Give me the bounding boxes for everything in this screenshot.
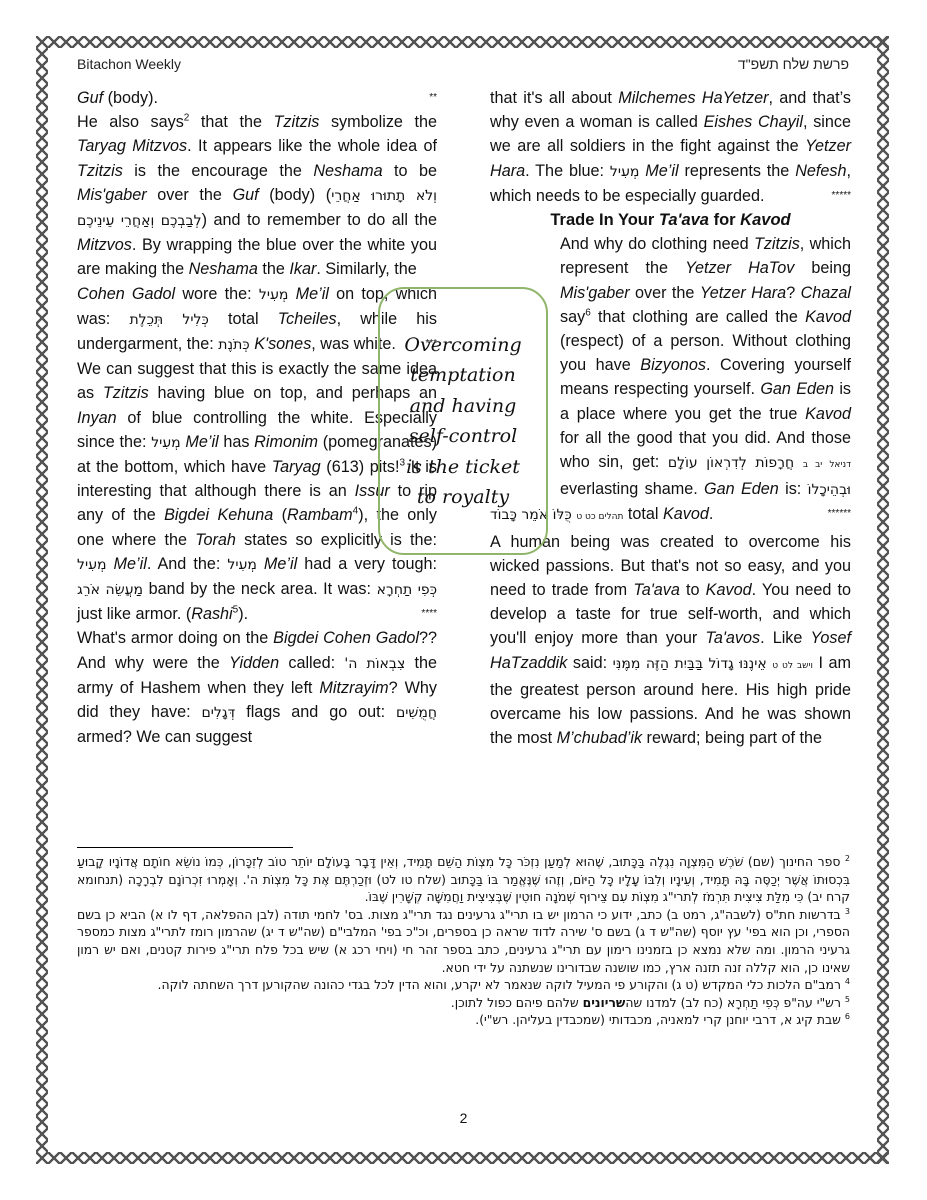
hebrew-quote: אֵינֶנּוּ גָדוֹל בַּבַּיִת הַזֶּה מִמֶּנ… (613, 656, 767, 672)
hebrew-quote: מְעִיל (259, 287, 289, 303)
text: total (623, 505, 663, 523)
hebrew-quote: מְעִיל (77, 557, 107, 573)
italic-term: Cohen Gadol (77, 285, 175, 303)
italic-term: Guf (77, 89, 103, 107)
text: . Like (760, 629, 810, 647)
text: say (560, 308, 585, 326)
text: called: (279, 654, 344, 672)
italic-term: Torah (195, 531, 236, 549)
text: He also says (77, 113, 184, 131)
paragraph: A human being was created to overcome hi… (490, 530, 851, 751)
text: ) and to remember to do all the (202, 211, 437, 229)
italic-term: K'sones (250, 335, 312, 353)
header-publication-title: Bitachon Weekly (77, 56, 181, 72)
text: ? (786, 284, 800, 302)
hebrew-quote: כְּפִי תַחְרָא (377, 582, 437, 598)
text: . (709, 505, 714, 523)
italic-term: Gan Eden (704, 480, 779, 498)
italic-term: Tzitzis (103, 384, 149, 402)
footnote-text: בדרשות חת"ס (לשבה"ג, רמט ב) כתב, ידוע כי… (77, 907, 850, 975)
italic-term: Rimonim (254, 433, 318, 451)
text: . And the: (147, 555, 228, 573)
text: has (219, 433, 255, 451)
page-number: 2 (0, 1110, 927, 1126)
italic-term: Kavod (663, 505, 709, 523)
footnote-2: 2 ספר החינוך (שם) שֹׁרֶשׁ הַמִּצְוָה נִג… (77, 853, 850, 906)
italic-term: Tzitzis (77, 162, 123, 180)
section-stars: ** (429, 86, 437, 110)
text: flags and go out: (235, 703, 396, 721)
callout-line: Overcoming (404, 330, 521, 361)
text: wore the: (175, 285, 259, 303)
section-stars: **** (421, 602, 437, 626)
text: . It appears like the whole idea of (187, 137, 437, 155)
text: that the (189, 113, 273, 131)
italic-term: Kavod (805, 405, 851, 423)
text: total (209, 310, 278, 328)
text: armed? We can suggest (77, 728, 252, 746)
border-right (877, 36, 889, 1164)
text: being (794, 259, 851, 277)
footnote-number: 5 (845, 995, 850, 1004)
text: to be (383, 162, 437, 180)
text: everlasting shame. (560, 480, 704, 498)
footnote-text: ספר החינוך (שם) שֹׁרֶשׁ הַמִּצְוָה נִגְל… (77, 854, 850, 904)
italic-term: Mitzvos (77, 236, 132, 254)
callout-line: self-control (404, 421, 521, 452)
hebrew-quote: צִבְאוֹת ה' (344, 656, 405, 672)
italic-term: Neshama (189, 260, 258, 278)
border-bottom (36, 1152, 889, 1164)
italic-term: Bizyonos (640, 356, 706, 374)
callout-line: to royalty (404, 482, 521, 513)
italic-term: Kavod (805, 308, 851, 326)
text: the (258, 260, 290, 278)
italic-term: Taryag (272, 458, 321, 476)
text: And why do clothing need (560, 235, 754, 253)
paragraph: that it's all about Milchemes HaYetzer, … (490, 86, 851, 208)
section-heading: Trade In Your Ta'ava for Kavod (490, 208, 851, 232)
heading-italic: Ta'ava (659, 211, 709, 229)
border-left (36, 36, 48, 1164)
callout-text: Overcoming temptation and having self-co… (404, 330, 521, 513)
italic-term: Yetzer Hara (700, 284, 786, 302)
footnote-4: 4 רמב"ם הלכות כלי המקדש (ט ג) והקורע פי … (77, 976, 850, 994)
italic-term: Mis'gaber (77, 186, 147, 204)
italic-term: Chazal (801, 284, 851, 302)
italic-term: Me’il (181, 433, 219, 451)
footnote-text: רמב"ם הלכות כלי המקדש (ט ג) והקורע פי המ… (158, 977, 841, 992)
italic-term: Milchemes HaYetzer (618, 89, 768, 107)
italic-term: Bigdei Kehuna (164, 506, 273, 524)
italic-term: Gan Eden (760, 380, 834, 398)
footnote-6: 6 שבת קיג א, דרבי יוחנן קרי למאניה, מכבד… (77, 1011, 850, 1029)
callout-line: and having (404, 391, 521, 422)
footnote-text: שלהם פיהם כפול לתוכן. (451, 995, 583, 1010)
hebrew-quote: חֲרָפוֹת לְדִרְאוֹן עוֹלָם (668, 455, 794, 471)
text: just like armor. ( (77, 605, 191, 623)
footnote-number: 6 (845, 1012, 850, 1021)
paragraph: Guf (body). ** (77, 86, 437, 110)
footnote-number: 4 (845, 977, 850, 986)
hebrew-quote: מַעֲשֵׂה אֹרֵג (77, 582, 143, 598)
text: that it's all about (490, 89, 618, 107)
text: symbolize the (319, 113, 437, 131)
hebrew-quote: דְּגָלִים (202, 705, 236, 721)
heading-text: Trade In Your (550, 211, 659, 229)
footnote-bold-word: שריונים (583, 995, 626, 1010)
text: ). (238, 605, 248, 623)
italic-term: Tzitzis (754, 235, 800, 253)
hebrew-quote: כְּלִיל תְּכֵלֶת (129, 312, 208, 328)
text: said: (567, 654, 612, 672)
footnotes: 2 ספר החינוך (שם) שֹׁרֶשׁ הַמִּצְוָה נִג… (77, 853, 850, 1029)
italic-term: M’chubad’ik (557, 729, 642, 747)
text: band by the neck area. It was: (143, 580, 377, 598)
text: What's armor doing on the (77, 629, 273, 647)
hebrew-quote: מְעִיל (610, 164, 640, 180)
border-top (36, 36, 889, 48)
footnote-5: 5 רש"י עה"פ כְּפִי תַחְרָא (כח לב) למדנו… (77, 994, 850, 1012)
italic-term: Rashi (191, 605, 232, 623)
header-parsha-date: פרשת שלח תשפ"ד (738, 56, 849, 72)
footnote-3: 3 בדרשות חת"ס (לשבה"ג, רמט ב) כתב, ידוע … (77, 906, 850, 976)
text: (body). (103, 89, 158, 107)
source-citation: וישב לט ט (772, 661, 813, 671)
hebrew-quote: מְעִיל (227, 557, 257, 573)
italic-term: Guf (233, 186, 259, 204)
text: (body) ( (259, 186, 332, 204)
italic-term: Neshama (313, 162, 382, 180)
pull-quote-callout: Overcoming temptation and having self-co… (378, 287, 548, 555)
italic-term: Me’il (107, 555, 147, 573)
text: to (680, 581, 706, 599)
italic-term: Mitzrayim (319, 679, 388, 697)
text: ( (273, 506, 287, 524)
callout-line: is the ticket (404, 452, 521, 483)
italic-term: Mis'gaber (560, 284, 630, 302)
italic-term: Me’il (288, 285, 329, 303)
italic-term: Bigdei Cohen Gadol (273, 629, 419, 647)
heading-text: for (709, 211, 740, 229)
text: had a very tough: (297, 555, 437, 573)
callout-line: temptation (404, 360, 521, 391)
source-citation: תהלים כט ט (576, 512, 623, 522)
text: is the encourage the (123, 162, 313, 180)
footnote-separator (77, 847, 293, 848)
italic-term: Ta'avos (705, 629, 760, 647)
italic-term: Taryag Mitzvos (77, 137, 187, 155)
footnote-number: 2 (845, 854, 850, 863)
paragraph: What's armor doing on the Bigdei Cohen G… (77, 626, 437, 749)
text: over the (147, 186, 233, 204)
italic-term: Eishes Chayil (704, 113, 803, 131)
footnote-text: רש"י עה"פ כְּפִי תַחְרָא (כח לב) למדנו ש… (625, 995, 841, 1010)
italic-term: Ta'ava (633, 581, 680, 599)
italic-term: Kavod (706, 581, 752, 599)
text: . The blue: (525, 162, 610, 180)
footnote-number: 3 (845, 907, 850, 916)
hebrew-quote: כְּתֹנֶת (218, 337, 249, 353)
italic-term: Rambam (287, 506, 353, 524)
section-stars: ****** (828, 502, 851, 526)
source-citation: דניאל יב ב (803, 460, 851, 470)
italic-term: Yetzer HaTov (685, 259, 794, 277)
text: that clothing are called the (591, 308, 805, 326)
italic-term: Yidden (229, 654, 279, 672)
italic-term: Nefesh (795, 162, 846, 180)
italic-term: Tzitzis (274, 113, 320, 131)
text: over the (630, 284, 700, 302)
hebrew-quote: מְעִיל (151, 435, 181, 451)
heading-italic: Kavod (740, 211, 790, 229)
text: . Similarly, the (316, 260, 416, 278)
section-stars: ***** (832, 184, 851, 208)
italic-term: Ikar (289, 260, 316, 278)
italic-term: Inyan (77, 409, 117, 427)
text: is: (779, 480, 808, 498)
italic-term: Tcheiles (278, 310, 337, 328)
text: reward; being part of the (642, 729, 822, 747)
italic-term: Me’il (639, 162, 678, 180)
footnote-text: שבת קיג א, דרבי יוחנן קרי למאניה, מכבדות… (475, 1012, 841, 1027)
text: represents the (679, 162, 796, 180)
hebrew-quote: חֲמֻשִׁים (396, 705, 437, 721)
italic-term: Me’il (257, 555, 297, 573)
